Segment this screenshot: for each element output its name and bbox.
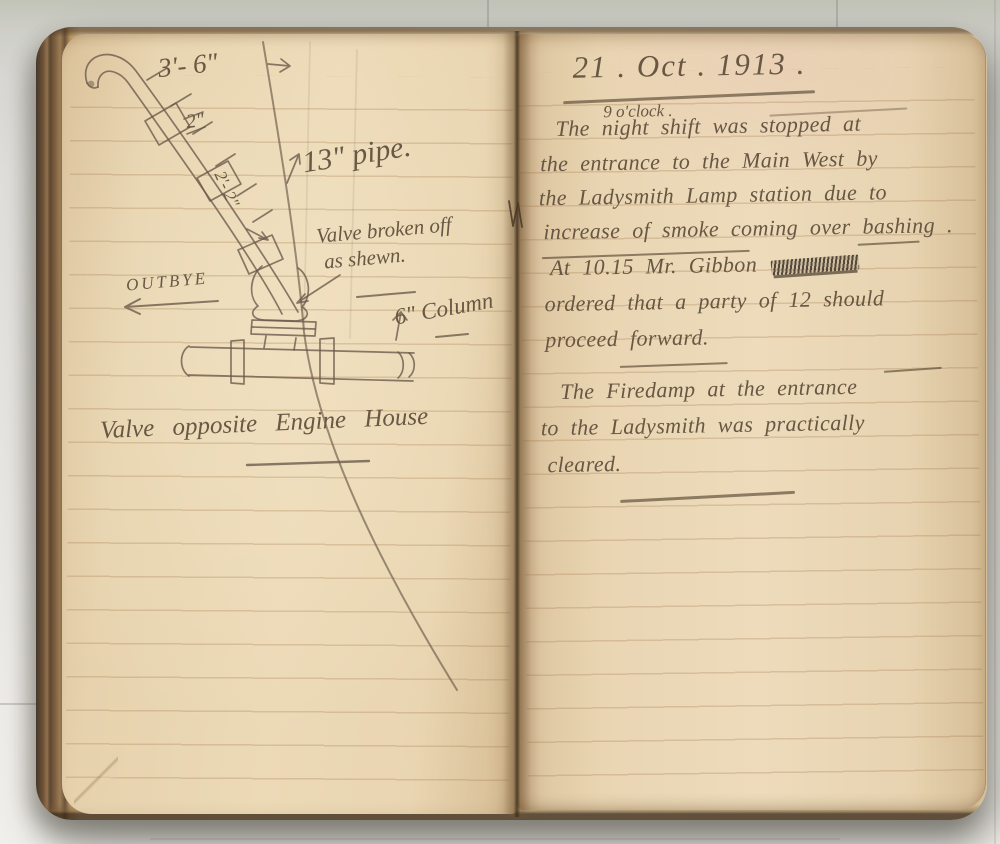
diary-line: cleared. <box>547 451 621 478</box>
diary-line: increase of smoke coming over bashing . <box>543 212 953 245</box>
pencil-dash <box>884 367 942 373</box>
dimension-small-label: 2" <box>184 109 205 134</box>
valve-note-line2: as shewn. <box>323 242 407 274</box>
column-size-label: 6" Column <box>393 288 496 331</box>
entry-date: 21 . Oct . 1913 . <box>572 46 806 86</box>
dimension-top-label: 3'- 6" <box>157 47 220 84</box>
dimension-along-pipe-label: 2'- 2" <box>210 168 244 211</box>
scribbled-out-word <box>771 255 860 276</box>
left-page: 3'- 6" 2" 2'- 2" 13" pipe. Valve broken … <box>62 34 517 814</box>
date-underline <box>563 90 815 103</box>
pipe-size-label: 13" pipe. <box>300 130 413 181</box>
outbye-direction-label: OUTBYE <box>125 268 209 295</box>
dog-ear-fold <box>74 756 118 806</box>
diary-line: At 10.15 Mr. Gibbon <box>550 250 860 281</box>
diary-line: the entrance to the Main West by <box>540 145 878 177</box>
right-page: 21 . Oct . 1913 . 9 o'clock . The night … <box>517 34 986 810</box>
diary-line: to the Ladysmith was practically <box>541 410 865 442</box>
notebook-photo: 3'- 6" 2" 2'- 2" 13" pipe. Valve broken … <box>0 0 1000 844</box>
sketch-caption: Valve opposite Engine House <box>100 403 429 445</box>
diary-line: the Ladysmith Lamp station due to <box>539 179 888 211</box>
tile-seam-horizontal <box>150 838 840 840</box>
diary-line: ordered that a party of 12 should <box>544 285 884 317</box>
pencil-dash <box>620 362 728 368</box>
diary-entry: 21 . Oct . 1913 . 9 o'clock . The night … <box>516 27 997 811</box>
closing-rule <box>620 491 795 503</box>
diary-line: The Firedamp at the entrance <box>560 374 858 405</box>
pencil-underline <box>858 241 920 246</box>
tile-seam-horizontal <box>0 703 40 705</box>
diary-line: proceed forward. <box>545 324 709 353</box>
diary-line: The night shift was stopped at <box>555 111 861 142</box>
